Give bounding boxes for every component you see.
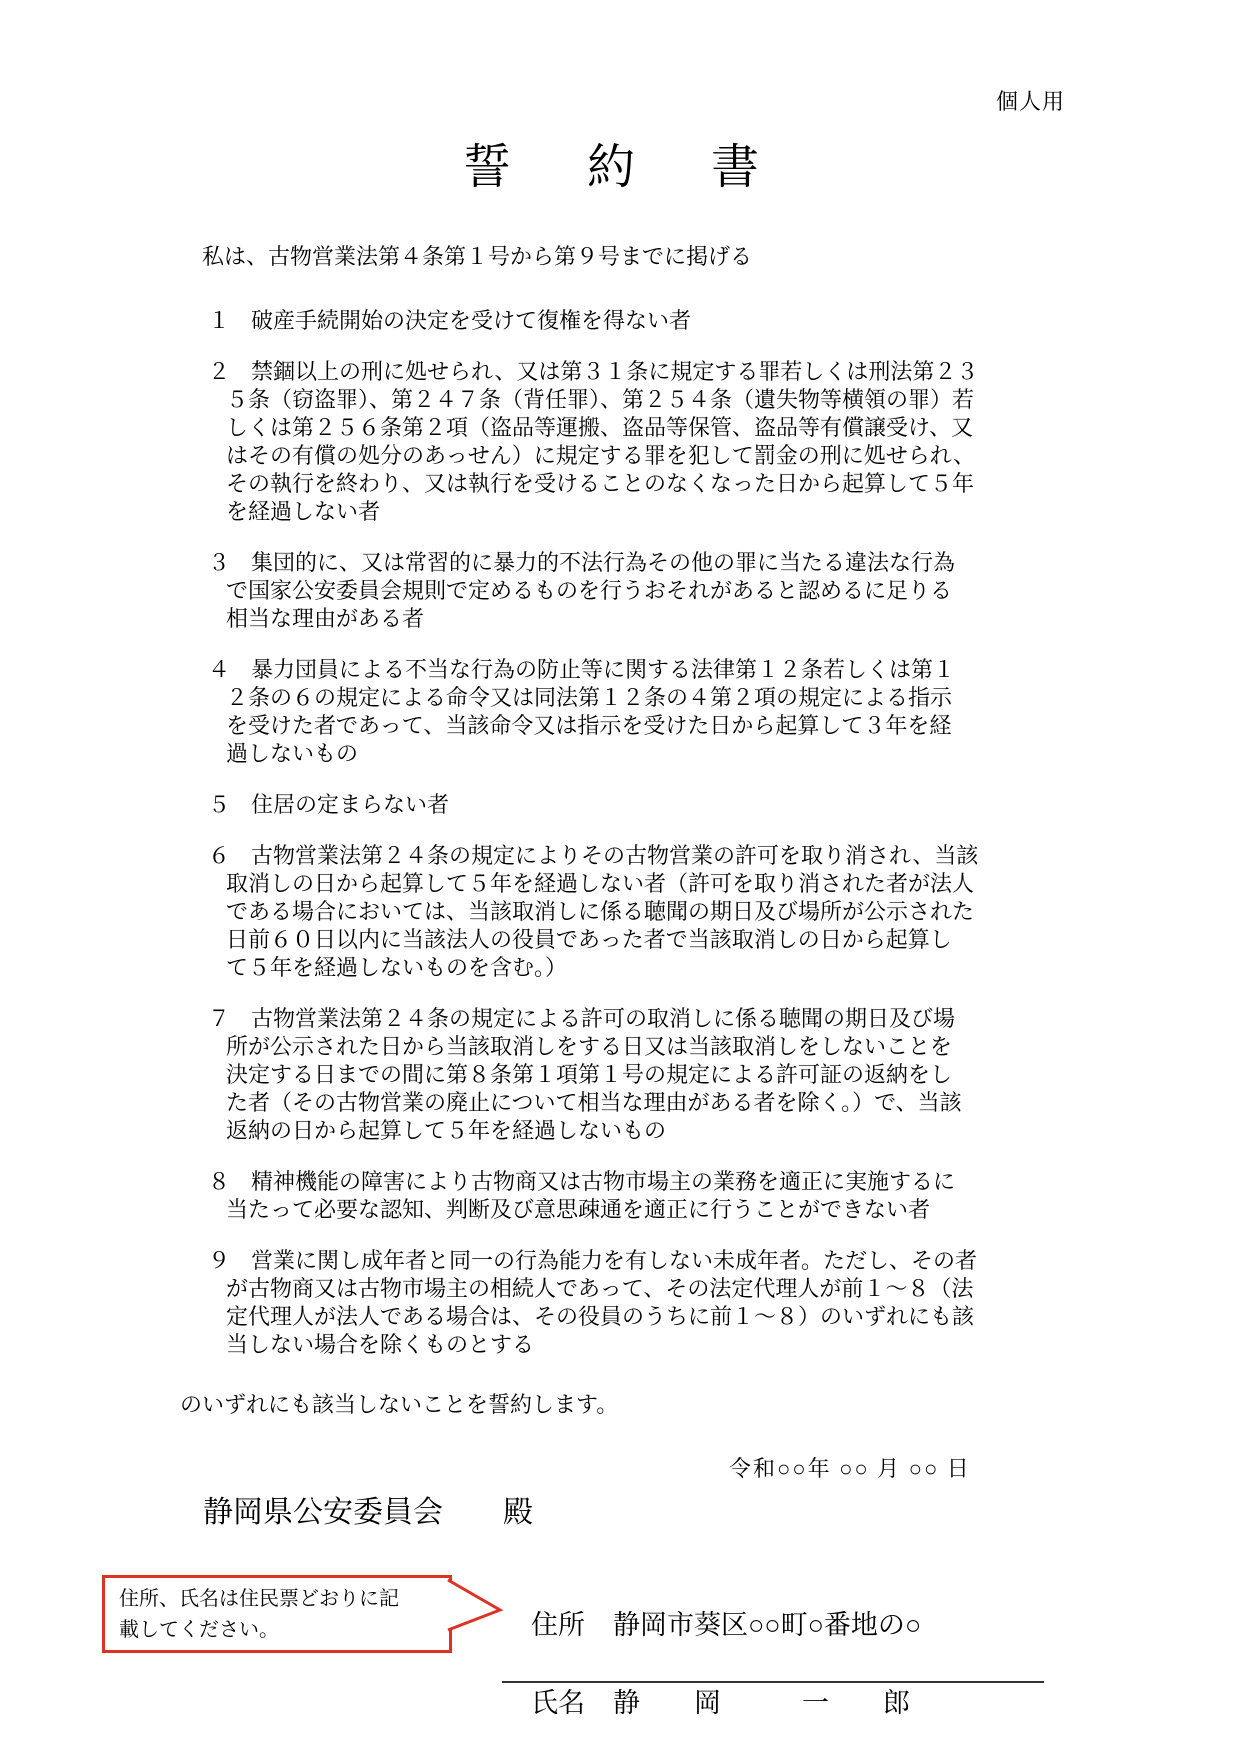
usage-type-label: 個人用	[996, 85, 1065, 116]
item-text: 暴力団員による不当な行為の防止等に関する法律第１２条若しくは第１ ２条の６の規定…	[226, 657, 955, 766]
pledge-item-5: ５住居の定まらない者	[226, 791, 1126, 819]
callout-tail-pointer	[440, 1574, 504, 1638]
item-number: ６	[208, 843, 230, 868]
item-text: 古物営業法第２４条の規定によりその古物営業の許可を取り消され、当該 取消しの日か…	[226, 843, 978, 980]
addressee-line: 静岡県公安委員会 殿	[203, 1487, 533, 1531]
item-text: 集団的に、又は常習的に暴力的不法行為その他の罪に当たる違法な行為 で国家公安委員…	[226, 550, 955, 631]
pledge-item-7: ７古物営業法第２４条の規定による許可の取消しに係る聴聞の期日及び場 所が公示され…	[226, 1005, 1126, 1145]
closing-sentence: のいずれにも該当しないことを誓約します。	[180, 1388, 618, 1419]
name-label: 氏名	[531, 1688, 585, 1718]
pledge-item-4: ４暴力団員による不当な行為の防止等に関する法律第１２条若しくは第１ ２条の６の規…	[226, 656, 1126, 768]
pledge-item-8: ８精神機能の障害により古物商又は古物市場主の業務を適正に実施するに 当たって必要…	[226, 1168, 1126, 1224]
address-label: 住所	[531, 1610, 585, 1640]
document-title: 誓 約 書	[463, 128, 773, 197]
name-value-field[interactable]: 静 岡 一 郎	[613, 1688, 910, 1718]
item-text: 禁錮以上の刑に処せられ、又は第３１条に規定する罪若しくは刑法第２３ ５条（窃盗罪…	[226, 359, 978, 524]
pledge-item-9: ９営業に関し成年者と同一の行為能力を有しない未成年者。ただし、その者 が古物商又…	[226, 1247, 1126, 1359]
item-text: 住居の定まらない者	[251, 792, 449, 817]
opening-sentence: 私は、古物営業法第４条第１号から第９号までに掲げる	[202, 240, 752, 271]
pledge-item-1: １破産手続開始の決定を受けて復権を得ない者	[226, 307, 1126, 335]
pledge-document-page: 個人用 誓 約 書 私は、古物営業法第４条第１号から第９号までに掲げる １破産手…	[0, 0, 1241, 1755]
item-number: ４	[208, 657, 230, 682]
item-number: ７	[208, 1006, 230, 1031]
name-line: 氏名静 岡 一 郎	[502, 1650, 1044, 1755]
item-number: ３	[208, 550, 230, 575]
pledge-item-2: ２禁錮以上の刑に処せられ、又は第３１条に規定する罪若しくは刑法第２３ ５条（窃盗…	[226, 358, 1126, 526]
item-number: ５	[208, 792, 230, 817]
note-callout-box: 住所、氏名は住民票どおりに記 載してください。	[102, 1575, 452, 1653]
item-text: 破産手続開始の決定を受けて復権を得ない者	[251, 308, 691, 333]
pledge-items-list: １破産手続開始の決定を受けて復権を得ない者 ２禁錮以上の刑に処せられ、又は第３１…	[226, 307, 1126, 1359]
pledge-item-6: ６古物営業法第２４条の規定によりその古物営業の許可を取り消され、当該 取消しの日…	[226, 842, 1126, 982]
item-number: ２	[208, 359, 230, 384]
date-line: 令和○○年 ○○ 月 ○○ 日	[729, 1452, 971, 1483]
item-number: ９	[208, 1248, 230, 1273]
item-text: 精神機能の障害により古物商又は古物市場主の業務を適正に実施するに 当たって必要な…	[226, 1169, 955, 1222]
item-number: ８	[208, 1169, 230, 1194]
item-text: 営業に関し成年者と同一の行為能力を有しない未成年者。ただし、その者 が古物商又は…	[226, 1248, 977, 1357]
pledge-item-3: ３集団的に、又は常習的に暴力的不法行為その他の罪に当たる違法な行為 で国家公安委…	[226, 549, 1126, 633]
item-text: 古物営業法第２４条の規定による許可の取消しに係る聴聞の期日及び場 所が公示された…	[226, 1006, 962, 1143]
address-value-field[interactable]: 静岡市葵区○○町○番地の○	[613, 1610, 921, 1640]
item-number: １	[208, 308, 230, 333]
note-text: 住所、氏名は住民票どおりに記 載してください。	[105, 1578, 449, 1646]
